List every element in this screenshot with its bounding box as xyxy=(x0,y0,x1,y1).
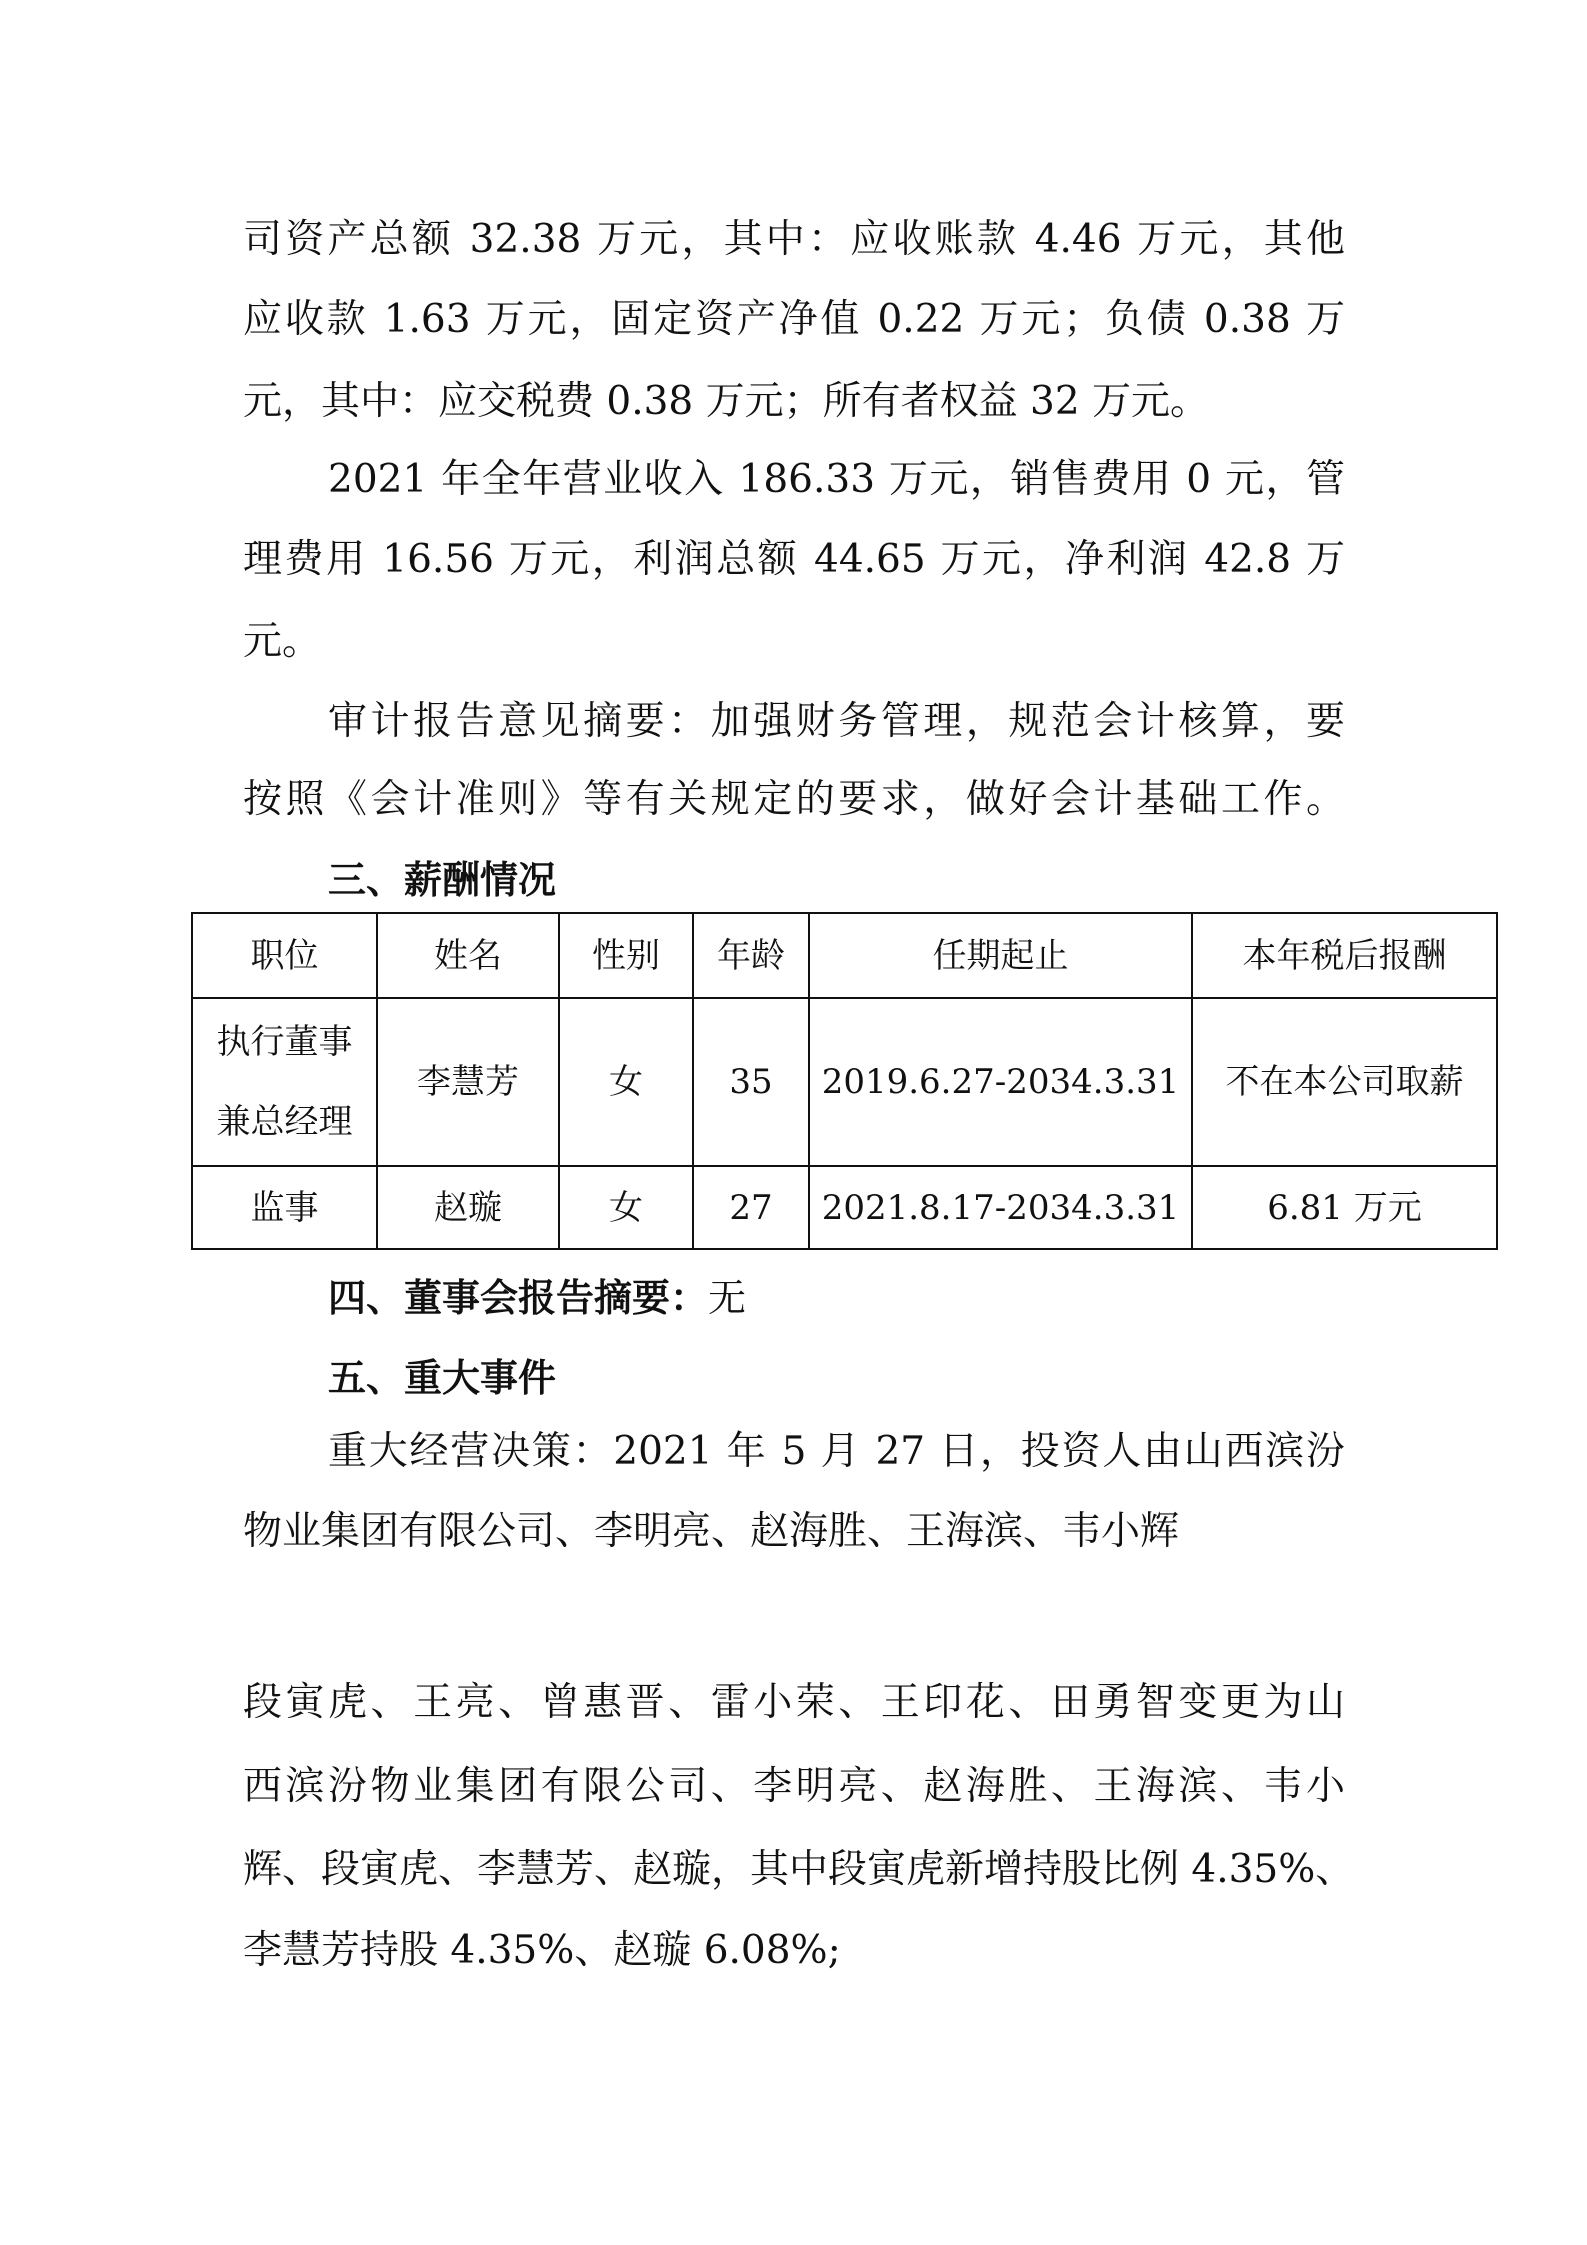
text-line: 物业集团有限公司、李明亮、赵海胜、王海滨、韦小辉 xyxy=(243,1510,1273,1554)
text-line: 应收款 1.63 万元，固定资产净值 0.22 万元；负债 0.38 万 xyxy=(243,298,1345,342)
header-cell: 本年税后报酬 xyxy=(1192,913,1497,998)
table-row: 监事 赵璇 女 27 2021.8.17-2034.3.31 6.81 万元 xyxy=(192,1166,1497,1249)
table-header-row: 职位 姓名 性别 年龄 任期起止 本年税后报酬 xyxy=(192,913,1497,998)
header-cell: 姓名 xyxy=(377,913,559,998)
gender-cell: 女 xyxy=(559,998,693,1166)
text-line: 按照《会计准则》等有关规定的要求，做好会计基础工作。 xyxy=(243,778,1345,822)
age-cell: 27 xyxy=(693,1166,809,1249)
text-line: 审计报告意见摘要：加强财务管理，规范会计核算，要 xyxy=(328,700,1345,744)
text-line: 辉、段寅虎、李慧芳、赵璇，其中段寅虎新增持股比例 4.35%、 xyxy=(243,1848,1345,1892)
section-title: 四、董事会报告摘要： xyxy=(328,1276,708,1320)
text-line: 西滨汾物业集团有限公司、李明亮、赵海胜、王海滨、韦小 xyxy=(243,1765,1345,1809)
term-cell: 2021.8.17-2034.3.31 xyxy=(809,1166,1192,1249)
text-line: 元。 xyxy=(243,620,1345,664)
text-line: 2021 年全年营业收入 186.33 万元，销售费用 0 元，管 xyxy=(328,458,1345,502)
section-heading-board-report: 四、董事会报告摘要：无 xyxy=(328,1276,746,1320)
position-line: 兼总经理 xyxy=(193,1082,376,1162)
text-line: 李慧芳持股 4.35%、赵璇 6.08%; xyxy=(243,1929,1345,1973)
term-cell: 2019.6.27-2034.3.31 xyxy=(809,998,1192,1166)
position-cell: 监事 xyxy=(192,1166,377,1249)
header-cell: 年龄 xyxy=(693,913,809,998)
position-line: 执行董事 xyxy=(193,1002,376,1082)
section-heading-major-events: 五、重大事件 xyxy=(328,1356,556,1400)
header-cell: 性别 xyxy=(559,913,693,998)
text-line: 段寅虎、王亮、曾惠晋、雷小荣、王印花、田勇智变更为山 xyxy=(243,1681,1345,1725)
name-cell: 赵璇 xyxy=(377,1166,559,1249)
section-heading-compensation: 三、薪酬情况 xyxy=(328,858,556,902)
name-cell: 李慧芳 xyxy=(377,998,559,1166)
text-line: 重大经营决策：2021 年 5 月 27 日，投资人由山西滨汾 xyxy=(328,1430,1345,1474)
header-cell: 职位 xyxy=(192,913,377,998)
text-line: 司资产总额 32.38 万元，其中：应收账款 4.46 万元，其他 xyxy=(243,218,1345,262)
section-value: 无 xyxy=(708,1276,746,1320)
header-cell: 任期起止 xyxy=(809,913,1192,998)
pay-cell: 6.81 万元 xyxy=(1192,1166,1497,1249)
table-row: 执行董事 兼总经理 李慧芳 女 35 2019.6.27-2034.3.31 不… xyxy=(192,998,1497,1166)
pay-cell: 不在本公司取薪 xyxy=(1192,998,1497,1166)
text-line: 理费用 16.56 万元，利润总额 44.65 万元，净利润 42.8 万 xyxy=(243,538,1345,582)
gender-cell: 女 xyxy=(559,1166,693,1249)
text-line: 元，其中：应交税费 0.38 万元；所有者权益 32 万元。 xyxy=(243,380,1345,424)
age-cell: 35 xyxy=(693,998,809,1166)
position-cell: 执行董事 兼总经理 xyxy=(192,998,377,1166)
compensation-table: 职位 姓名 性别 年龄 任期起止 本年税后报酬 执行董事 兼总经理 李慧芳 女 … xyxy=(191,912,1498,1250)
